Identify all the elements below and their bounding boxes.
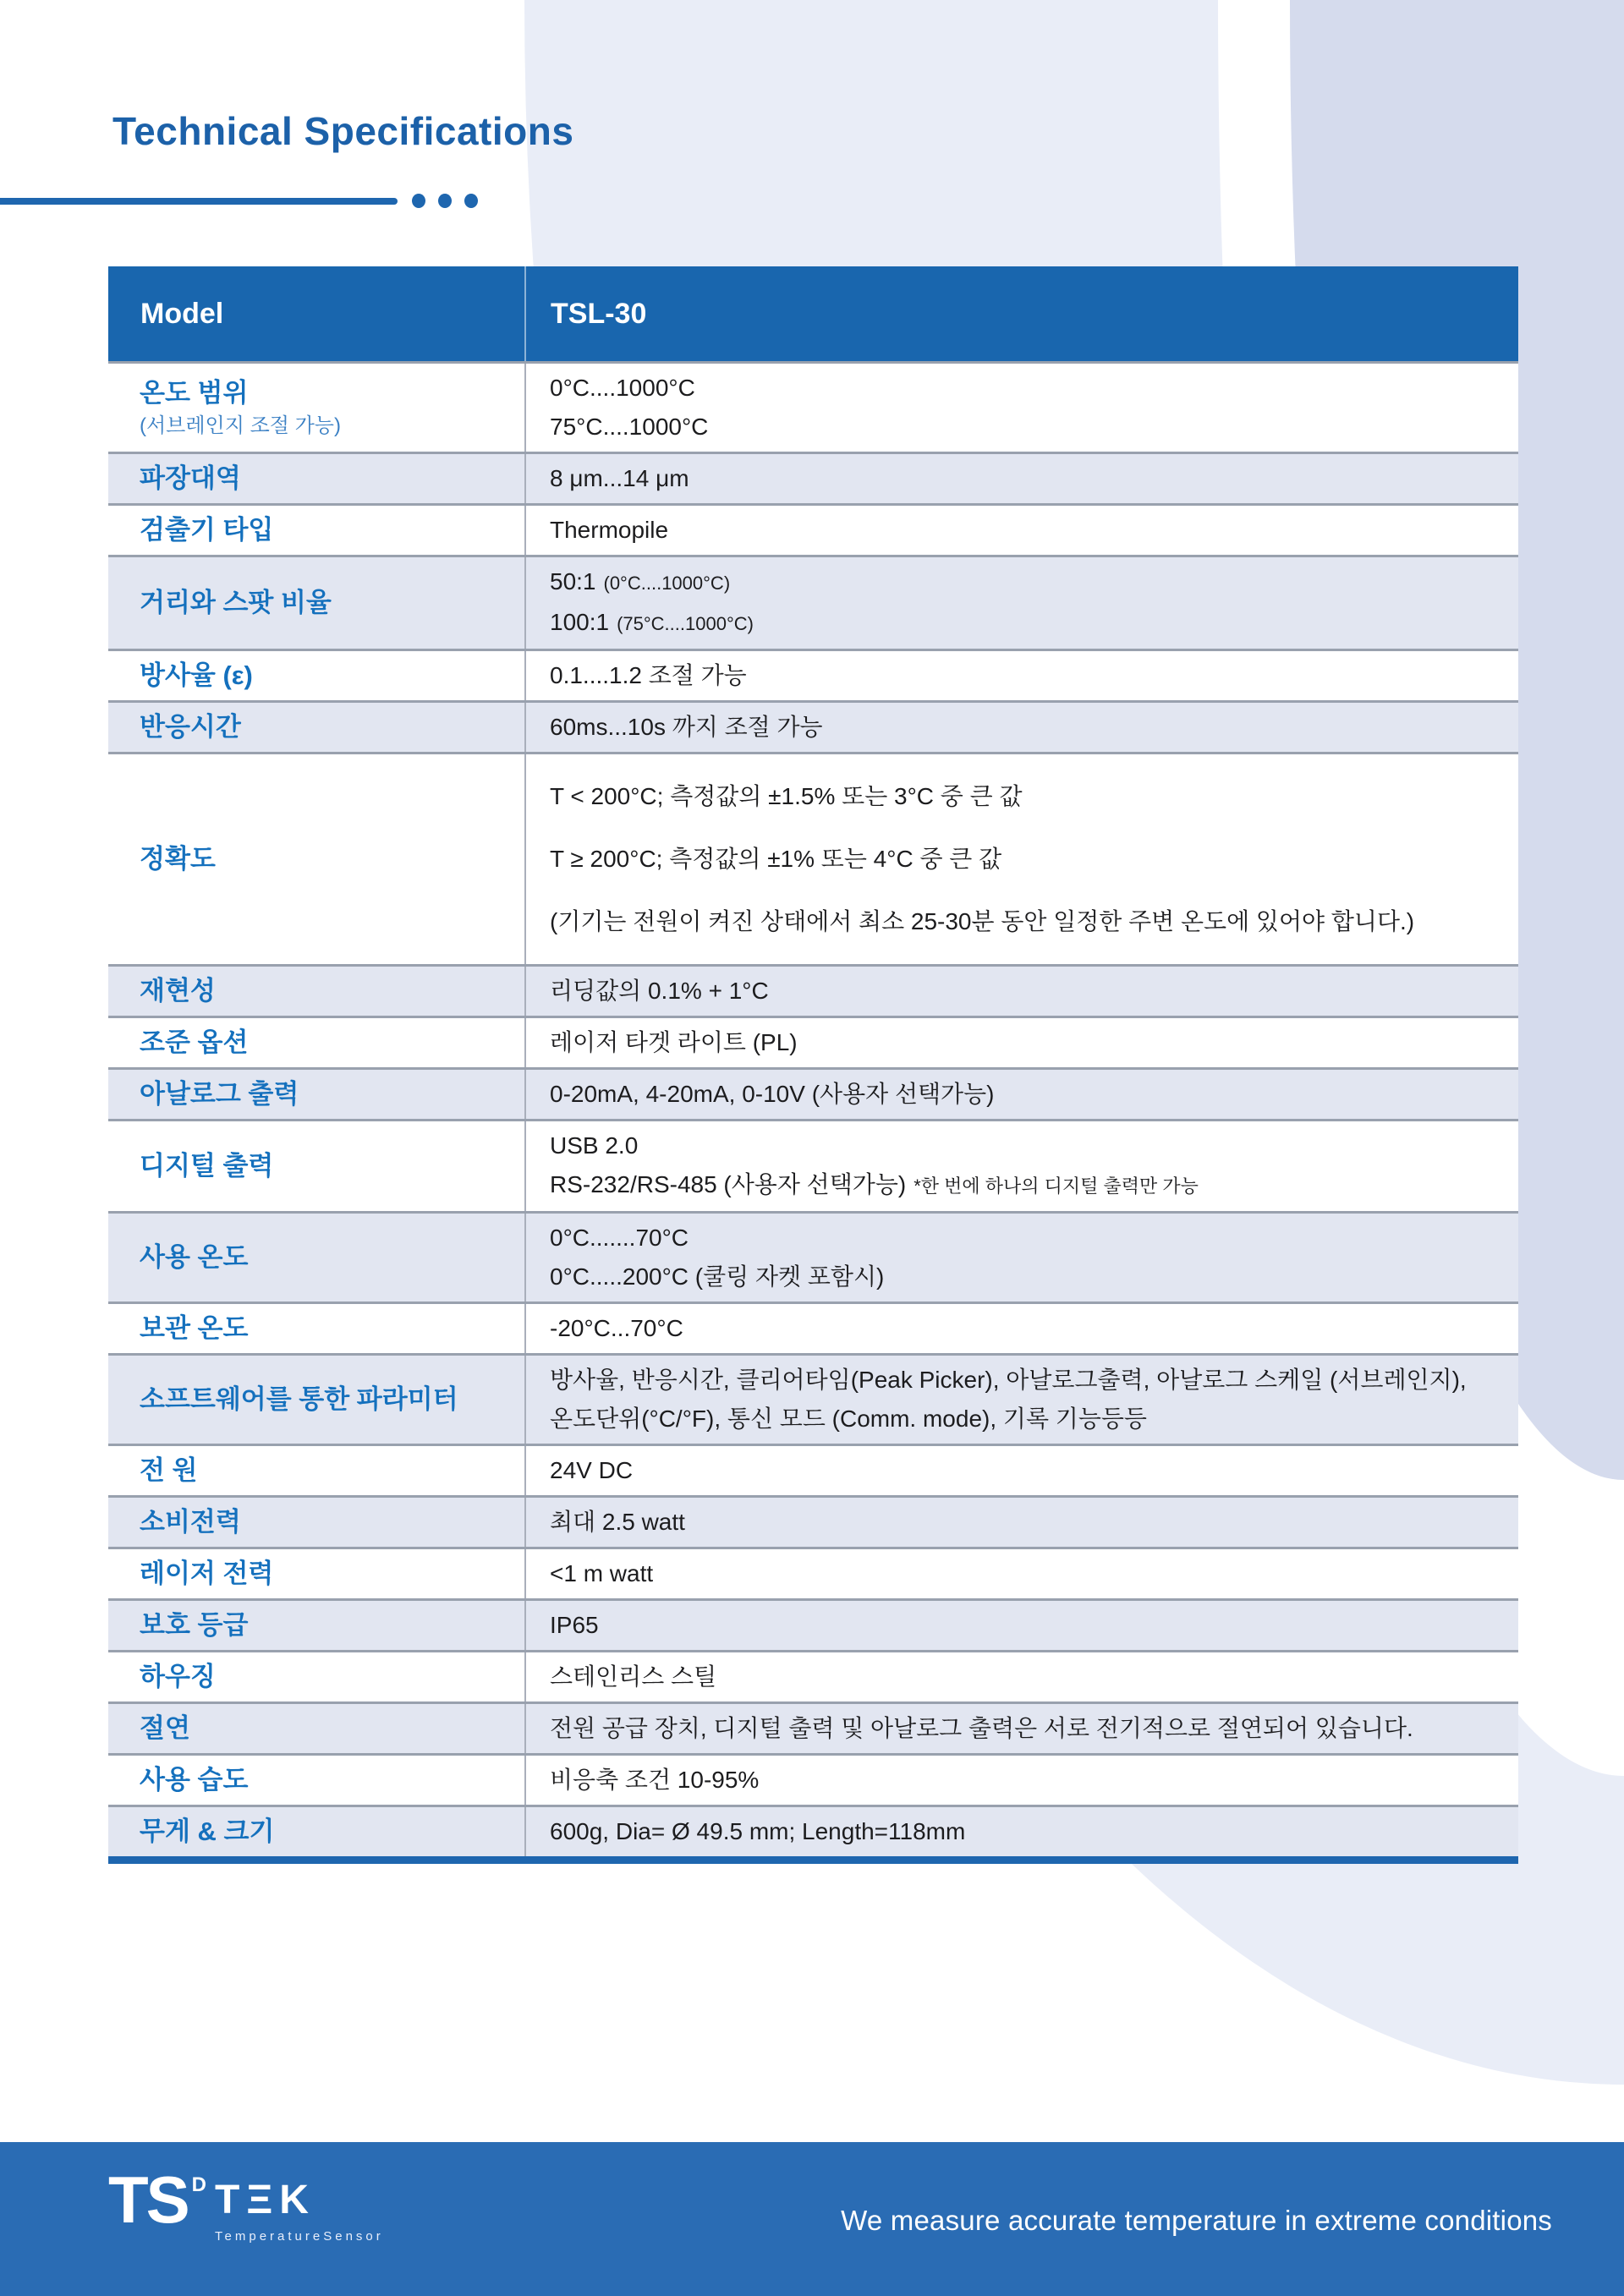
spec-row-value-cell: 방사율, 반응시간, 클리어타임(Peak Picker), 아날로그출력, 아… — [524, 1356, 1518, 1444]
spec-value-line: 100:1(75°C....1000°C) — [550, 606, 1493, 641]
spec-value-text: 0-20mA, 4-20mA, 0-10V (사용자 선택가능) — [550, 1081, 994, 1107]
dot-icon — [438, 194, 452, 208]
spec-value-line: Thermopile — [550, 513, 1493, 547]
footer-bar: TS D TΞK TemperatureSensor We measure ac… — [0, 2142, 1624, 2296]
spec-row-value-cell: 최대 2.5 watt — [524, 1498, 1518, 1547]
logo-sup-text: D — [192, 2173, 206, 2197]
spec-value-text: 0°C.......70°C — [550, 1225, 689, 1251]
spec-value-line: IP65 — [550, 1608, 1493, 1642]
header-cell-model-value: TSL-30 — [524, 266, 1518, 361]
spec-row-value-cell: 0°C.......70°C0°C.....200°C (쿨링 자켓 포함시) — [524, 1214, 1518, 1301]
footer-slogan: We measure accurate temperature in extre… — [841, 2205, 1552, 2237]
spec-row-label-cell: 파장대역 — [108, 454, 524, 503]
spec-row-label: 파장대역 — [140, 463, 509, 494]
spec-value-line: 리딩값의 0.1% + 1°C — [550, 974, 1493, 1008]
spec-row-label-cell: 조준 옵션 — [108, 1018, 524, 1067]
spec-value-text: 방사율, 반응시간, 클리어타임(Peak Picker), 아날로그출력, 아… — [550, 1367, 1467, 1393]
logo-tek-text: TΞK — [215, 2180, 384, 2221]
spec-row-label-cell: 무게 & 크기 — [108, 1807, 524, 1856]
spec-row-value-cell: 24V DC — [524, 1446, 1518, 1495]
logo-ts-text: TS — [108, 2168, 188, 2231]
spec-row-label: 재현성 — [140, 976, 509, 1006]
spec-table-header: Model TSL-30 — [108, 266, 1518, 361]
spec-value-text: 0.1....1.2 조절 가능 — [550, 662, 747, 688]
spec-row: 절연전원 공급 장치, 디지털 출력 및 아날로그 출력은 서로 전기적으로 절… — [108, 1701, 1518, 1753]
spec-row: 반응시간60ms...10s 까지 조절 가능 — [108, 700, 1518, 752]
spec-value-text: 75°C....1000°C — [550, 414, 708, 440]
spec-row-label-cell: 디지털 출력 — [108, 1121, 524, 1211]
spec-row-label: 사용 습도 — [140, 1765, 509, 1795]
spec-row-label: 전 원 — [140, 1455, 509, 1486]
spec-row: 거리와 스팟 비율50:1(0°C....1000°C)100:1(75°C..… — [108, 555, 1518, 649]
spec-row-value-cell: 리딩값의 0.1% + 1°C — [524, 967, 1518, 1016]
spec-row: 아날로그 출력0-20mA, 4-20mA, 0-10V (사용자 선택가능) — [108, 1067, 1518, 1119]
spec-row-sublabel: (서브레인지 조절 가능) — [140, 414, 509, 438]
spec-row-value-cell: USB 2.0RS-232/RS-485 (사용자 선택가능)*한 번에 하나의… — [524, 1121, 1518, 1211]
spec-value-line: 24V DC — [550, 1454, 1493, 1488]
spec-row: 하우징스테인리스 스틸 — [108, 1650, 1518, 1701]
spec-value-line: T ≥ 200°C; 측정값의 ±1% 또는 4°C 중 큰 값 — [550, 842, 1493, 876]
spec-row-value-cell: 0.1....1.2 조절 가능 — [524, 651, 1518, 700]
spec-row-label: 소프트웨어를 통한 파라미터 — [140, 1384, 509, 1415]
spec-value-text: T ≥ 200°C; 측정값의 ±1% 또는 4°C 중 큰 값 — [550, 846, 1001, 872]
spec-value-text: RS-232/RS-485 (사용자 선택가능) — [550, 1171, 906, 1197]
spec-value-text: 리딩값의 0.1% + 1°C — [550, 978, 769, 1004]
spec-row-label-cell: 온도 범위(서브레인지 조절 가능) — [108, 364, 524, 452]
spec-row: 보호 등급IP65 — [108, 1598, 1518, 1650]
spec-value-line: 비응축 조건 10-95% — [550, 1763, 1493, 1797]
spec-row: 방사율 (ε)0.1....1.2 조절 가능 — [108, 649, 1518, 700]
spec-row-label-cell: 소비전력 — [108, 1498, 524, 1547]
spec-row-label: 온도 범위 — [140, 378, 509, 408]
spec-row-label: 디지털 출력 — [140, 1151, 509, 1181]
spec-value-line: 600g, Dia= Ø 49.5 mm; Length=118mm — [550, 1815, 1493, 1849]
spec-row-value-cell: -20°C...70°C — [524, 1304, 1518, 1353]
spec-value-line: T < 200°C; 측정값의 ±1.5% 또는 3°C 중 큰 값 — [550, 780, 1493, 814]
spec-value-line: 온도단위(°C/°F), 통신 모드 (Comm. mode), 기록 기능등등 — [550, 1402, 1493, 1436]
spec-value-line: 50:1(0°C....1000°C) — [550, 565, 1493, 600]
spec-value-line: 스테인리스 스틸 — [550, 1660, 1493, 1694]
spec-row-label: 보호 등급 — [140, 1610, 509, 1641]
spec-value-text: 비응축 조건 10-95% — [550, 1767, 759, 1793]
spec-row-label-cell: 아날로그 출력 — [108, 1070, 524, 1119]
spec-table-rows: 온도 범위(서브레인지 조절 가능)0°C....1000°C75°C....1… — [108, 361, 1518, 1856]
spec-value-line: USB 2.0 — [550, 1129, 1493, 1163]
spec-row: 전 원24V DC — [108, 1444, 1518, 1495]
spec-value-text: <1 m watt — [550, 1560, 653, 1586]
spec-row-label-cell: 절연 — [108, 1704, 524, 1753]
spec-row: 보관 온도-20°C...70°C — [108, 1301, 1518, 1353]
logo-tek-block: TΞK TemperatureSensor — [215, 2180, 384, 2244]
spec-value-text: 0°C.....200°C (쿨링 자켓 포함시) — [550, 1263, 884, 1290]
spec-row: 조준 옵션레이저 타겟 라이트 (PL) — [108, 1016, 1518, 1067]
spec-value-line: 0-20mA, 4-20mA, 0-10V (사용자 선택가능) — [550, 1077, 1493, 1111]
spec-row-value-cell: 50:1(0°C....1000°C)100:1(75°C....1000°C) — [524, 557, 1518, 649]
spec-row-value-cell: 600g, Dia= Ø 49.5 mm; Length=118mm — [524, 1807, 1518, 1856]
spec-row-label-cell: 방사율 (ε) — [108, 651, 524, 700]
spec-row: 사용 온도0°C.......70°C0°C.....200°C (쿨링 자켓 … — [108, 1211, 1518, 1301]
logo-tagline: TemperatureSensor — [215, 2229, 384, 2244]
spec-table: Model TSL-30 온도 범위(서브레인지 조절 가능)0°C....10… — [108, 266, 1518, 1864]
company-logo: TS D TΞK TemperatureSensor — [108, 2168, 384, 2244]
spec-row-label: 거리와 스팟 비율 — [140, 588, 509, 618]
spec-row: 무게 & 크기600g, Dia= Ø 49.5 mm; Length=118m… — [108, 1805, 1518, 1856]
spec-row-label: 레이저 전력 — [140, 1559, 509, 1589]
spec-value-line: 0°C.....200°C (쿨링 자켓 포함시) — [550, 1260, 1493, 1294]
spec-value-text: 600g, Dia= Ø 49.5 mm; Length=118mm — [550, 1818, 965, 1844]
spec-row-label: 절연 — [140, 1713, 509, 1744]
spec-value-text: (기기는 전원이 켜진 상태에서 최소 25-30분 동안 일정한 주변 온도에… — [550, 908, 1414, 934]
spec-row-label: 소비전력 — [140, 1507, 509, 1537]
spec-row-label: 무게 & 크기 — [140, 1817, 509, 1847]
spec-value-line: 레이저 타겟 라이트 (PL) — [550, 1026, 1493, 1060]
spec-row-label-cell: 사용 온도 — [108, 1214, 524, 1301]
spec-value-line: 방사율, 반응시간, 클리어타임(Peak Picker), 아날로그출력, 아… — [550, 1363, 1493, 1397]
spec-row: 재현성리딩값의 0.1% + 1°C — [108, 964, 1518, 1016]
spec-row-value-cell: 스테인리스 스틸 — [524, 1652, 1518, 1701]
spec-row-label-cell: 전 원 — [108, 1446, 524, 1495]
spec-row-value-cell: 비응축 조건 10-95% — [524, 1756, 1518, 1805]
spec-row: 사용 습도비응축 조건 10-95% — [108, 1753, 1518, 1805]
spec-value-line: (기기는 전원이 켜진 상태에서 최소 25-30분 동안 일정한 주변 온도에… — [550, 905, 1493, 939]
spec-row-label: 보관 온도 — [140, 1313, 509, 1344]
spec-value-text: 전원 공급 장치, 디지털 출력 및 아날로그 출력은 서로 전기적으로 절연되… — [550, 1715, 1413, 1741]
spec-value-text: 100:1 — [550, 609, 609, 635]
title-dots-decoration — [412, 194, 478, 208]
spec-value-line: <1 m watt — [550, 1557, 1493, 1591]
spec-value-text: T < 200°C; 측정값의 ±1.5% 또는 3°C 중 큰 값 — [550, 783, 1023, 809]
spec-row-label-cell: 레이저 전력 — [108, 1549, 524, 1598]
spec-row-value-cell: 0-20mA, 4-20mA, 0-10V (사용자 선택가능) — [524, 1070, 1518, 1119]
spec-value-text: 50:1 — [550, 568, 596, 595]
datasheet-page: Technical Specifications Model TSL-30 온도… — [0, 0, 1624, 2296]
table-bottom-rule — [108, 1856, 1518, 1864]
spec-row-value-cell: T < 200°C; 측정값의 ±1.5% 또는 3°C 중 큰 값T ≥ 20… — [524, 754, 1518, 964]
spec-value-text: -20°C...70°C — [550, 1315, 683, 1341]
spec-row-label: 사용 온도 — [140, 1242, 509, 1273]
spec-row-label-cell: 검출기 타입 — [108, 506, 524, 555]
spec-row-label: 정확도 — [140, 844, 509, 874]
spec-row-label: 검출기 타입 — [140, 515, 509, 545]
spec-value-line: 최대 2.5 watt — [550, 1505, 1493, 1539]
spec-row-label-cell: 정확도 — [108, 754, 524, 964]
spec-value-text: 온도단위(°C/°F), 통신 모드 (Comm. mode), 기록 기능등등 — [550, 1406, 1147, 1432]
dot-icon — [464, 194, 478, 208]
spec-value-line: 0°C....1000°C — [550, 371, 1493, 405]
spec-value-text: 최대 2.5 watt — [550, 1509, 685, 1535]
spec-value-line: 0.1....1.2 조절 가능 — [550, 659, 1493, 693]
spec-row-value-cell: 8 μm...14 μm — [524, 454, 1518, 503]
spec-row: 소비전력최대 2.5 watt — [108, 1495, 1518, 1547]
spec-value-text: 24V DC — [550, 1457, 633, 1483]
spec-value-line: 75°C....1000°C — [550, 410, 1493, 444]
spec-row: 소프트웨어를 통한 파라미터방사율, 반응시간, 클리어타임(Peak Pick… — [108, 1353, 1518, 1444]
spec-value-line: -20°C...70°C — [550, 1312, 1493, 1345]
spec-row-value-cell: 레이저 타겟 라이트 (PL) — [524, 1018, 1518, 1067]
spec-value-text: 0°C....1000°C — [550, 375, 695, 401]
spec-row-label-cell: 보관 온도 — [108, 1304, 524, 1353]
spec-row-value-cell: 전원 공급 장치, 디지털 출력 및 아날로그 출력은 서로 전기적으로 절연되… — [524, 1704, 1518, 1753]
spec-row-label-cell: 하우징 — [108, 1652, 524, 1701]
spec-value-text: IP65 — [550, 1612, 599, 1638]
spec-row: 정확도T < 200°C; 측정값의 ±1.5% 또는 3°C 중 큰 값T ≥… — [108, 752, 1518, 964]
spec-value-text: Thermopile — [550, 517, 668, 543]
spec-value-line: RS-232/RS-485 (사용자 선택가능)*한 번에 하나의 디지털 출력… — [550, 1168, 1493, 1203]
spec-row-label: 하우징 — [140, 1662, 509, 1692]
spec-value-note: *한 번에 하나의 디지털 출력만 가능 — [913, 1175, 1199, 1197]
spec-row-label-cell: 보호 등급 — [108, 1601, 524, 1650]
title-underline — [0, 198, 398, 205]
spec-value-line: 0°C.......70°C — [550, 1221, 1493, 1255]
spec-row-label: 조준 옵션 — [140, 1027, 509, 1058]
spec-row-label: 반응시간 — [140, 712, 509, 743]
spec-value-text: 레이저 타겟 라이트 (PL) — [550, 1029, 798, 1055]
spec-row: 디지털 출력USB 2.0RS-232/RS-485 (사용자 선택가능)*한 … — [108, 1119, 1518, 1211]
spec-value-text: 8 μm...14 μm — [550, 465, 689, 491]
spec-row: 파장대역8 μm...14 μm — [108, 452, 1518, 503]
spec-row-label: 방사율 (ε) — [140, 660, 509, 691]
spec-value-note: (75°C....1000°C) — [617, 613, 754, 634]
spec-row-label-cell: 소프트웨어를 통한 파라미터 — [108, 1356, 524, 1444]
spec-row-value-cell: 0°C....1000°C75°C....1000°C — [524, 364, 1518, 452]
spec-value-note: (0°C....1000°C) — [604, 573, 731, 594]
spec-value-line: 전원 공급 장치, 디지털 출력 및 아날로그 출력은 서로 전기적으로 절연되… — [550, 1712, 1493, 1745]
spec-row-label-cell: 반응시간 — [108, 703, 524, 752]
spec-row-label-cell: 사용 습도 — [108, 1756, 524, 1805]
spec-value-text: 스테인리스 스틸 — [550, 1663, 716, 1690]
page-title: Technical Specifications — [112, 108, 573, 154]
spec-row-value-cell: 60ms...10s 까지 조절 가능 — [524, 703, 1518, 752]
spec-row-value-cell: IP65 — [524, 1601, 1518, 1650]
header-cell-model: Model — [108, 298, 524, 331]
spec-value-text: 60ms...10s 까지 조절 가능 — [550, 714, 823, 740]
spec-row-value-cell: Thermopile — [524, 506, 1518, 555]
spec-row-value-cell: <1 m watt — [524, 1549, 1518, 1598]
spec-value-line: 8 μm...14 μm — [550, 462, 1493, 496]
spec-row: 검출기 타입Thermopile — [108, 503, 1518, 555]
spec-row-label-cell: 재현성 — [108, 967, 524, 1016]
spec-row: 레이저 전력<1 m watt — [108, 1547, 1518, 1598]
spec-row: 온도 범위(서브레인지 조절 가능)0°C....1000°C75°C....1… — [108, 361, 1518, 452]
spec-row-label-cell: 거리와 스팟 비율 — [108, 557, 524, 649]
spec-value-line: 60ms...10s 까지 조절 가능 — [550, 710, 1493, 744]
dot-icon — [412, 194, 425, 208]
spec-value-text: USB 2.0 — [550, 1132, 638, 1159]
spec-row-label: 아날로그 출력 — [140, 1079, 509, 1110]
